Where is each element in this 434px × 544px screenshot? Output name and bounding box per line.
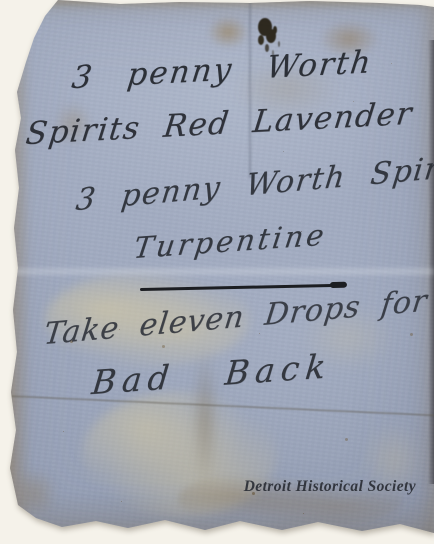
handwriting-line-2: Spirits Red Lavender xyxy=(24,96,415,153)
paper-edge-dark-right xyxy=(428,40,434,484)
handwriting-line-5: Take eleven Drops for xyxy=(42,283,430,352)
scanned-note-photo: 3 penny Worth Spirits Red Lavender 3 pen… xyxy=(0,0,434,544)
paper-shadow-wrap: 3 penny Worth Spirits Red Lavender 3 pen… xyxy=(0,0,434,544)
vertical-crease xyxy=(249,0,251,178)
paper-edge-browning-bottom xyxy=(0,494,434,536)
brown-spot-top xyxy=(205,14,251,50)
paper: 3 penny Worth Spirits Red Lavender 3 pen… xyxy=(0,0,434,544)
paper-edge-browning-top xyxy=(0,0,434,9)
handwriting-line-4: Turpentine xyxy=(132,217,329,265)
dirt-speckles xyxy=(0,0,3,3)
ink-underline-blob xyxy=(330,282,347,288)
archive-watermark: Detroit Historical Society xyxy=(244,478,416,496)
horizontal-crease xyxy=(8,395,434,416)
turpentine-underline-ink-stroke xyxy=(140,284,345,291)
handwriting-line-1: 3 penny Worth xyxy=(70,44,375,96)
handwriting-line-3: 3 penny Worth Spirits xyxy=(74,147,434,218)
handwriting-line-6: Bad Back xyxy=(90,346,334,402)
ink-blot xyxy=(258,18,272,36)
horizontal-fold-band xyxy=(8,268,434,275)
